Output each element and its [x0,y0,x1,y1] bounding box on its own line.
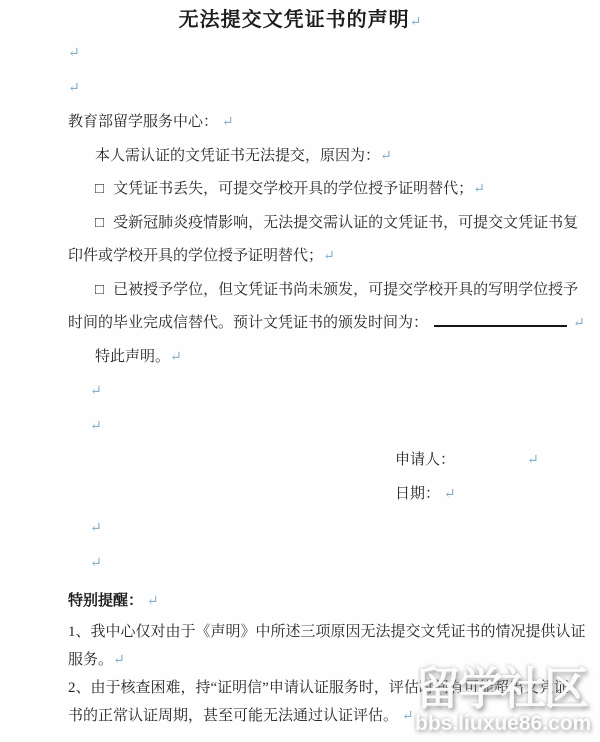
option3-line1: □已被授予学位，但文凭证书尚未颁发，可提交学校开具的写明学位授予 [0,274,600,308]
empty-paragraph: ↵ [0,71,600,106]
applicant-signature-line: 申请人：↵ [0,444,600,478]
option1-line: □文凭证书丢失，可提交学校开具的学位授予证明替代；↵ [0,173,600,207]
salutation-text: 教育部留学服务中心： [68,114,218,130]
empty-paragraph: ↵ [0,546,600,581]
option3-text-line1: 已被授予学位，但文凭证书尚未颁发，可提交学校开具的写明学位授予 [113,282,578,298]
option2-line2: 印件或学校开具的学位授予证明替代；↵ [0,240,600,274]
notice-heading: 特别提醒： ↵ [0,585,600,618]
paragraph-mark-icon: ↵ [410,15,422,30]
paragraph-mark-icon: ↵ [473,182,485,197]
date-signature-line: 日期： ↵ [0,478,600,512]
option2-text-line2: 印件或学校开具的学位授予证明替代； [68,248,323,264]
declaration-line: 特此声明。↵ [0,341,600,375]
empty-paragraph: ↵ [0,374,600,409]
applicant-label: 申请人： [395,452,455,468]
paragraph-mark-icon: ↵ [573,316,585,331]
paragraph-mark-icon: ↵ [90,556,102,571]
option1-text: 文凭证书丢失，可提交学校开具的学位授予证明替代； [113,181,473,197]
notice-item2-text-line2: 书的正常认证周期，甚至可能无法通过认证评估。 [68,708,398,724]
paragraph-mark-icon: ↵ [68,81,80,96]
checkbox-icon[interactable]: □ [95,207,104,241]
notice-item2-line1: 2、由于核查困难，持“证明信”申请认证服务时，评估时间有可能超出文凭证 [0,674,600,702]
paragraph-mark-icon: ↵ [68,46,80,61]
option3-line2: 时间的毕业完成信替代。预计文凭证书的颁发时间为：↵ [0,307,600,341]
intro-text: 本人需认证的文凭证书无法提交，原因为： [95,148,380,164]
paragraph-mark-icon: ↵ [323,249,335,264]
notice-item1-line1: 1、我中心仅对由于《声明》中所述三项原因无法提交文凭证书的情况提供认证 [0,618,600,646]
empty-paragraph: ↵ [0,511,600,546]
date-label: 日期： [395,486,440,502]
declaration-body: 教育部留学服务中心： ↵ 本人需认证的文凭证书无法提交，原因为：↵ □文凭证书丢… [0,106,600,374]
notice-item1-text-line2: 服务。 [68,652,113,668]
notice-item1-text-line1: 1、我中心仅对由于《声明》中所述三项原因无法提交文凭证书的情况提供认证 [68,624,586,640]
checkbox-icon[interactable]: □ [95,173,104,207]
empty-paragraph: ↵ [0,409,600,444]
paragraph-mark-icon: ↵ [147,594,159,609]
notice-item2-text-line1: 2、由于核查困难，持“证明信”申请认证服务时，评估时间有可能超出文凭证 [68,680,569,696]
notice-item2-line2: 书的正常认证周期，甚至可能无法通过认证评估。 ↵ [0,702,600,730]
paragraph-mark-icon: ↵ [380,149,392,164]
document-title: 无法提交文凭证书的声明↵ [0,0,600,36]
intro-line: 本人需认证的文凭证书无法提交，原因为：↵ [0,140,600,174]
option2-line1: □受新冠肺炎疫情影响，无法提交需认证的文凭证书，可提交文凭证书复 [0,207,600,241]
paragraph-mark-icon: ↵ [444,487,456,502]
paragraph-mark-icon: ↵ [90,521,102,536]
paragraph-mark-icon: ↵ [402,709,414,724]
paragraph-mark-icon: ↵ [90,384,102,399]
notice-item1-line2: 服务。↵ [0,646,600,674]
option3-text-line2: 时间的毕业完成信替代。预计文凭证书的颁发时间为： [68,315,428,331]
salutation-line: 教育部留学服务中心： ↵ [0,106,600,140]
paragraph-mark-icon: ↵ [222,115,234,130]
empty-paragraph: ↵ [0,36,600,71]
notice-heading-text: 特别提醒： [68,593,143,609]
checkbox-icon[interactable]: □ [95,274,104,308]
issue-date-blank-field[interactable] [434,311,567,327]
paragraph-mark-icon: ↵ [113,653,125,668]
document-title-text: 无法提交文凭证书的声明 [179,9,410,31]
option2-text-line1: 受新冠肺炎疫情影响，无法提交需认证的文凭证书，可提交文凭证书复 [113,215,578,231]
document-page: 无法提交文凭证书的声明↵ ↵ ↵ 教育部留学服务中心： ↵ 本人需认证的文凭证书… [0,0,600,742]
paragraph-mark-icon: ↵ [527,453,539,468]
declaration-text: 特此声明。 [95,349,170,365]
paragraph-mark-icon: ↵ [170,350,182,365]
paragraph-mark-icon: ↵ [90,419,102,434]
